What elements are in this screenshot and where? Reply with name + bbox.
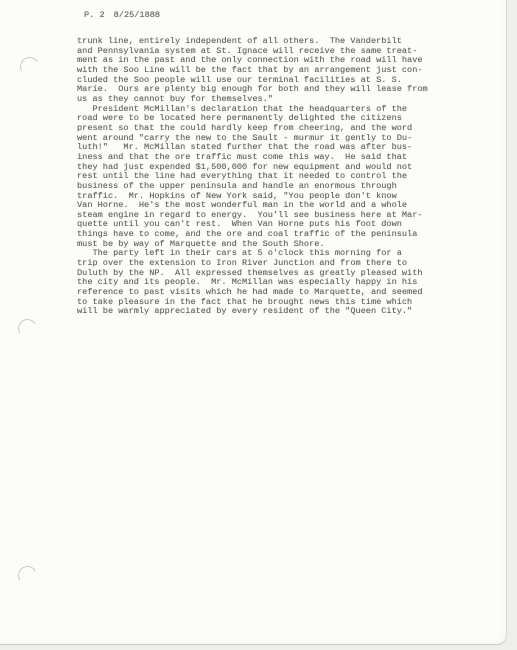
page-header: P. 2 8/25/1888 xyxy=(84,11,160,21)
document-date: 8/25/1888 xyxy=(114,11,160,21)
scanned-page: P. 2 8/25/1888 trunk line, entirely inde… xyxy=(0,0,507,645)
binder-ring-mark-icon xyxy=(16,317,39,340)
binder-ring-mark-icon xyxy=(16,564,39,587)
document-body: trunk line, entirely independent of all … xyxy=(77,37,442,317)
body-paragraph-1: trunk line, entirely independent of all … xyxy=(77,37,442,105)
body-paragraph-3: The party left in their cars at 5 o'cloc… xyxy=(77,249,442,317)
body-paragraph-2: President McMillan's declaration that th… xyxy=(77,105,442,250)
binder-ring-mark-icon xyxy=(18,55,41,78)
page-number-label: P. 2 xyxy=(84,11,105,21)
